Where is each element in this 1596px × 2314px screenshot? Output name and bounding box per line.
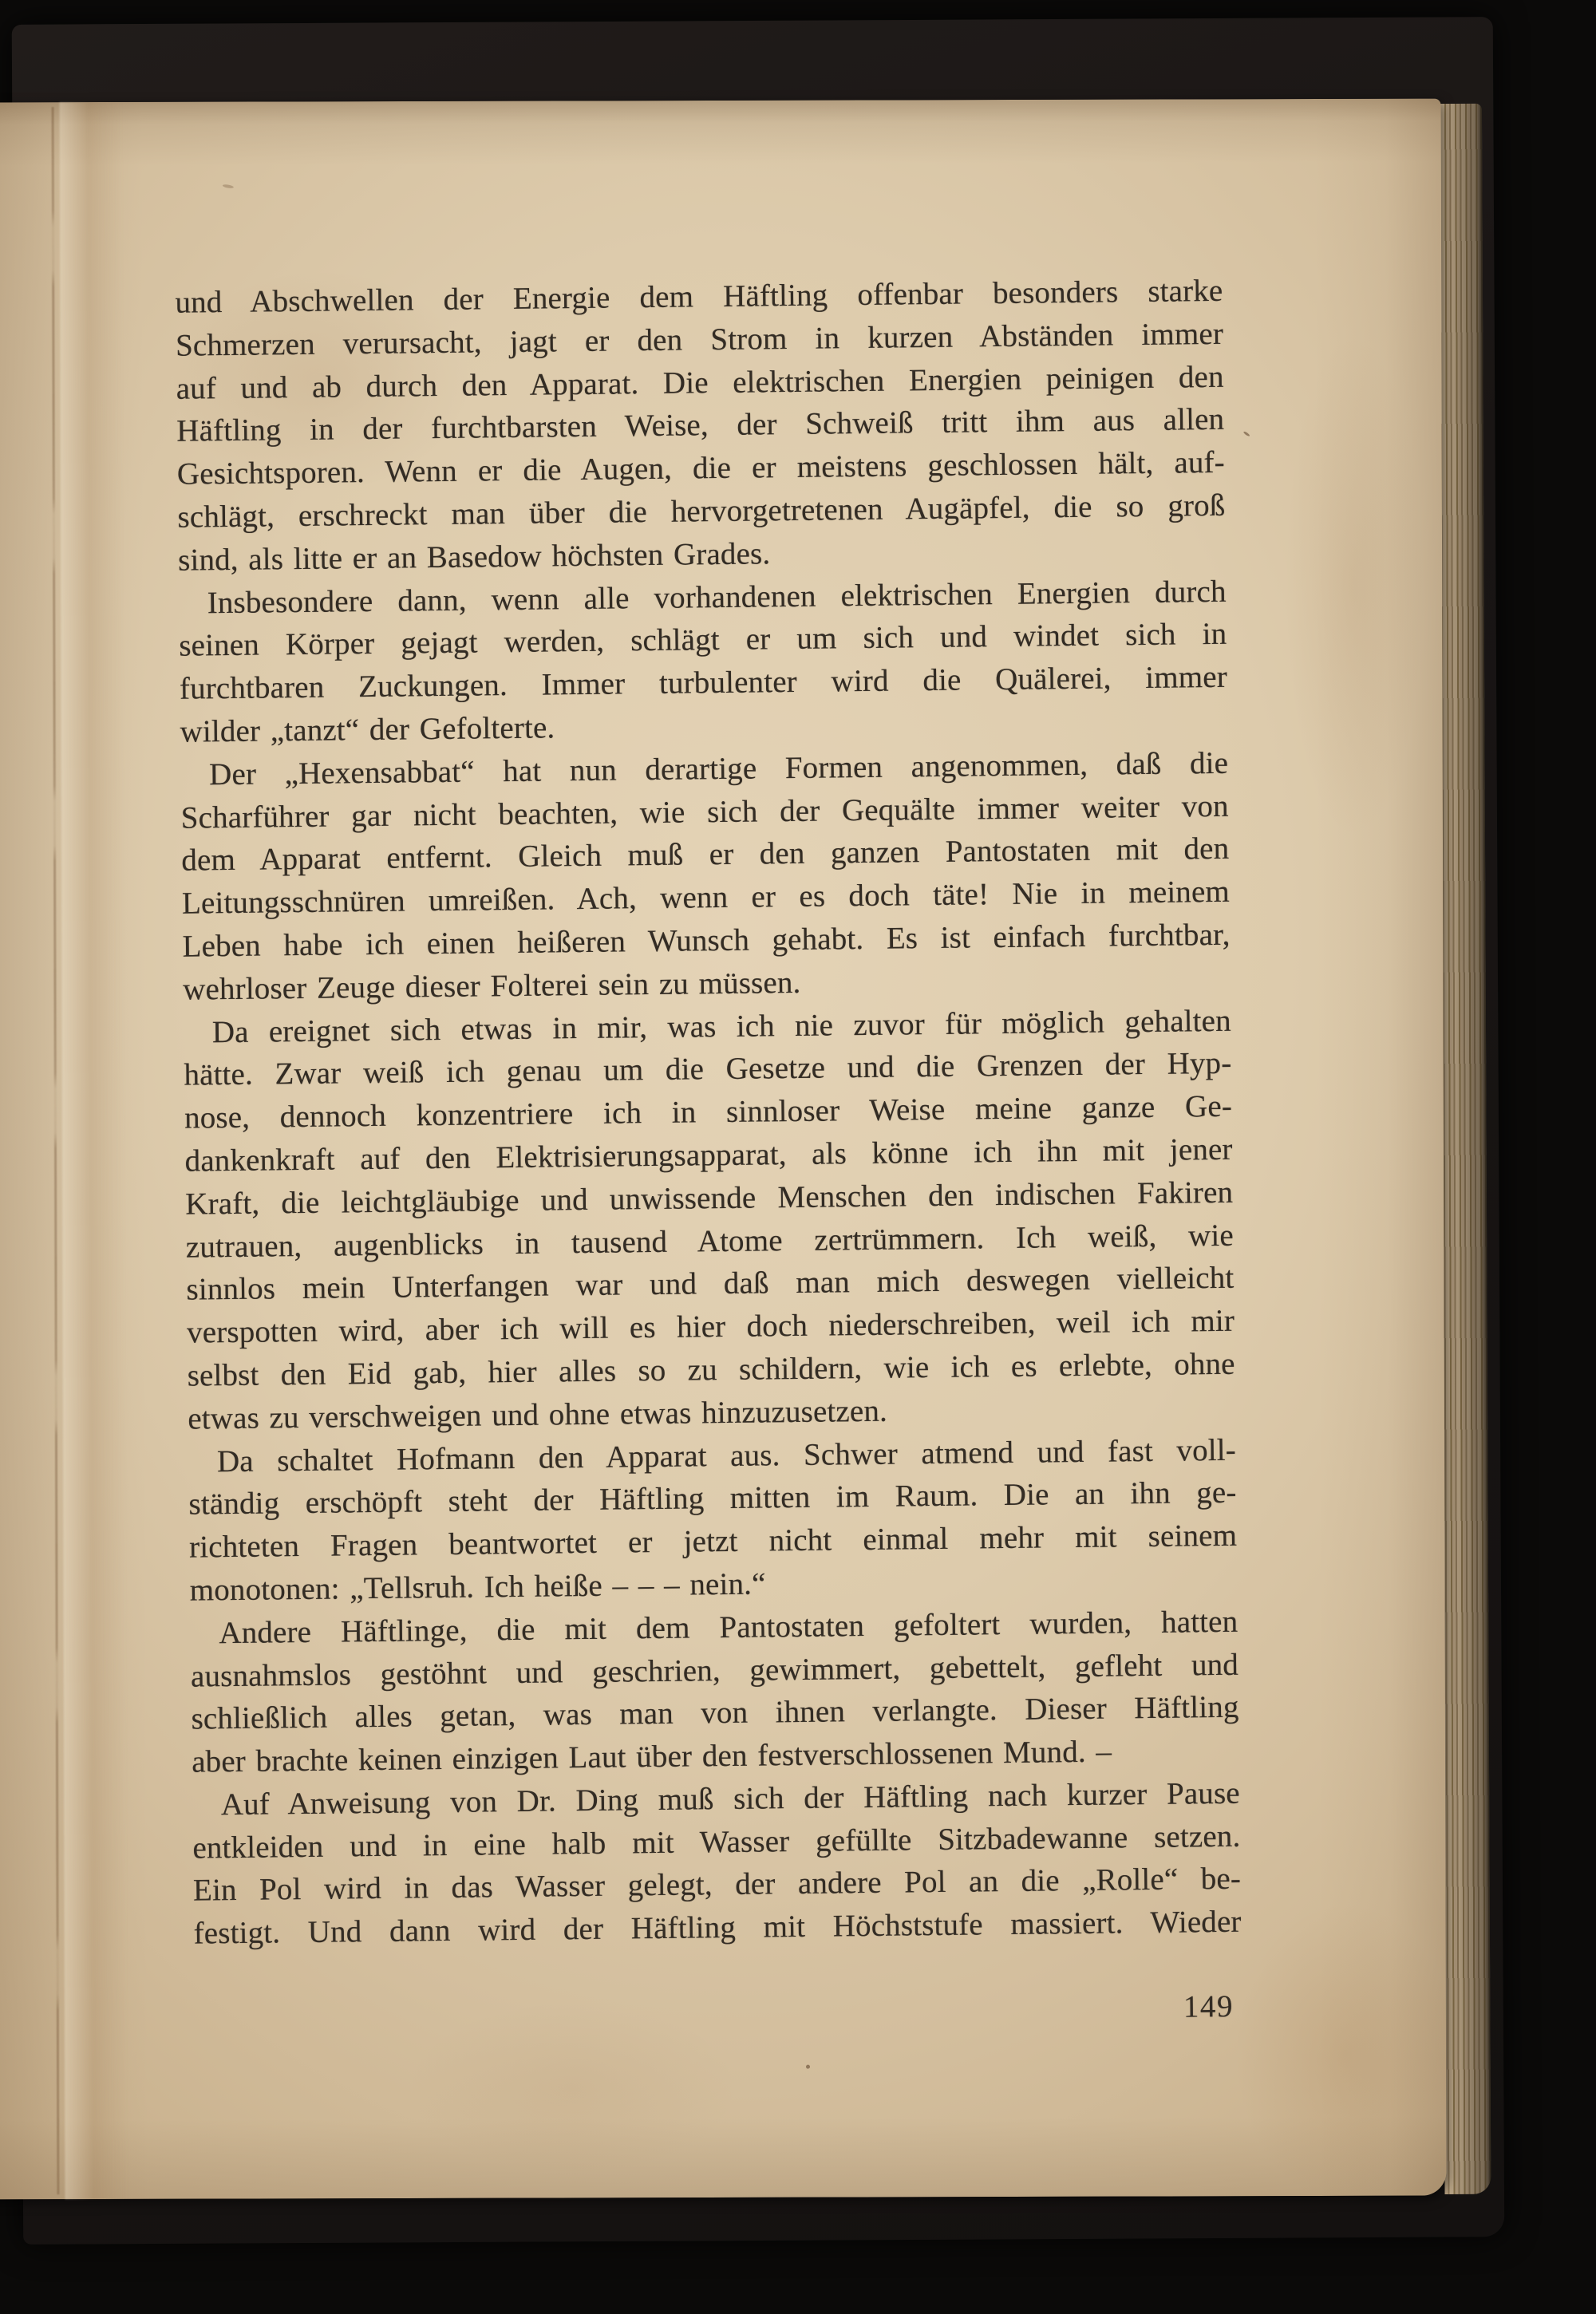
paper-stain <box>1286 338 1423 833</box>
page-number: 149 <box>1183 1988 1235 2025</box>
book-page: und Abschwellen der Energie dem Häftling… <box>0 99 1446 2200</box>
paper-speck <box>1243 431 1250 437</box>
gutter-ridge <box>60 102 129 2199</box>
gutter-crease <box>52 107 60 2194</box>
paper-stain <box>405 2000 741 2176</box>
paper-speck <box>806 2065 810 2069</box>
paper-stain <box>1234 1902 1458 2206</box>
paper-speck <box>223 184 234 188</box>
page-text: und Abschwellen der Energie dem Häftling… <box>175 270 1242 1956</box>
scanned-book-photo: und Abschwellen der Energie dem Häftling… <box>0 0 1596 2314</box>
